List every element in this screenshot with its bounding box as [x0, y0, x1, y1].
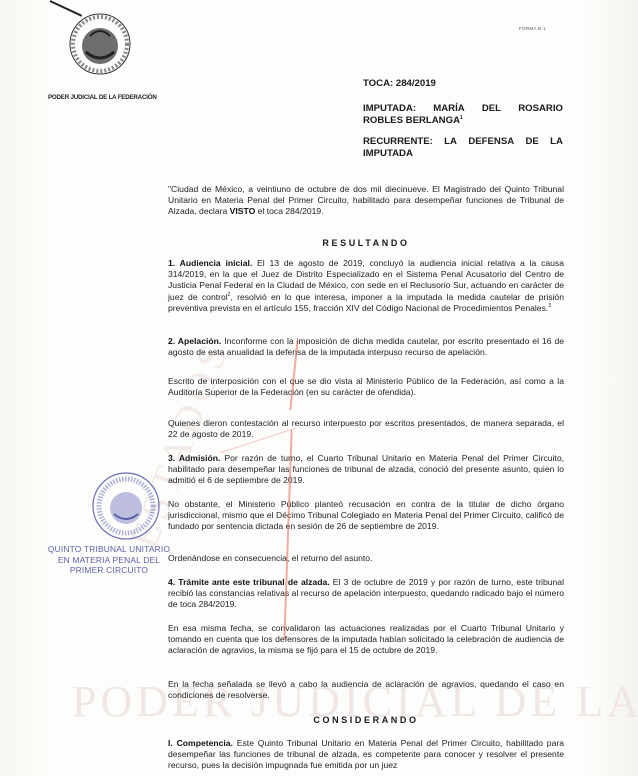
appellant-word: DE — [526, 136, 539, 148]
paragraph-audiencia-aclaracion: En la fecha señalada se llevó a cabo la … — [168, 679, 564, 701]
case-number: TOCA: 284/2019 — [363, 78, 563, 90]
defendant-label: IMPUTADA: — [363, 103, 416, 115]
defendant-name-word: MARÍA — [433, 103, 464, 115]
appellant-word: LA — [444, 136, 457, 148]
court-stamp-seal-icon — [90, 470, 162, 542]
paragraph-escrito: Escrito de interposición con el que se d… — [168, 376, 564, 398]
intro-paragraph: "Ciudad de México, a veintiuno de octubr… — [168, 184, 564, 218]
appellant-label: RECURRENTE: — [363, 136, 433, 148]
paragraph-tramite: 4. Trámite ante este tribunal de alzada.… — [168, 577, 564, 611]
paragraph-contestacion: Quienes dieron contestación al recurso i… — [168, 418, 564, 440]
paragraph-returno: Ordenándose en consecuencia, el returno … — [168, 553, 564, 564]
defendant-surname: ROBLES BERLANGA — [363, 115, 460, 126]
section-heading-considerando: CONSIDERANDO — [168, 715, 564, 725]
footnote-ref: 1 — [460, 115, 463, 121]
defendant-name-word: DEL — [482, 103, 501, 115]
defendant-block: IMPUTADA: MARÍA DEL ROSARIO ROBLES BERLA… — [363, 103, 563, 127]
defendant-name-word: ROSARIO — [518, 103, 563, 115]
national-seal-icon — [60, 2, 140, 82]
paragraph-apelacion: 2. Apelación. Inconforme con la imposici… — [168, 336, 564, 358]
paragraph-audiencia-inicial: 1. Audiencia inicial. El 13 de agosto de… — [168, 258, 564, 314]
section-heading-resultando: RESULTANDO — [168, 238, 564, 248]
appellant-line2: IMPUTADA — [363, 148, 563, 160]
form-code: FORMA B-1 — [519, 26, 546, 31]
appellant-word: LA — [550, 136, 563, 148]
court-stamp-text: QUINTO TRIBUNAL UNITARIO EN MATERIA PENA… — [44, 544, 174, 576]
organization-name: PODER JUDICIAL DE LA FEDERACIÓN — [48, 94, 157, 101]
paragraph-recusacion: No obstante, el Ministerio Público plant… — [168, 499, 564, 533]
paragraph-convalidacion: En esa misma fecha, se convalidaron las … — [168, 623, 564, 657]
paragraph-competencia: I. Competencia. Este Quinto Tribunal Uni… — [168, 738, 564, 772]
appellant-block: RECURRENTE: LA DEFENSA DE LA IMPUTADA — [363, 136, 563, 160]
paragraph-admision: 3. Admisión. Por razón de turno, el Cuar… — [168, 453, 564, 487]
appellant-word: DEFENSA — [468, 136, 514, 148]
document-page: PODER JUDICIAL DE LA FEDERACIÓN ESTADOS … — [0, 0, 638, 776]
